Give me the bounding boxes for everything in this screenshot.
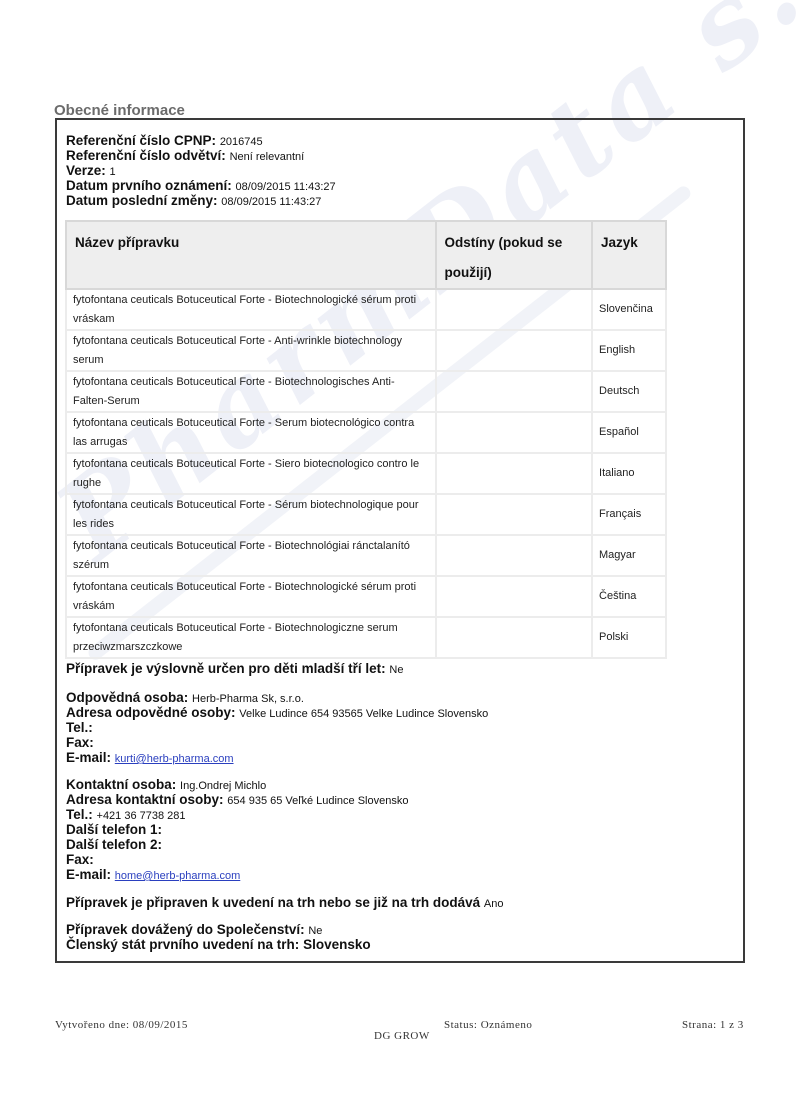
responsible-tel-label: Tel.:	[66, 720, 93, 735]
market-ready-value: Ano	[484, 898, 504, 910]
member-state-label: Členský stát prvního uvedení na trh:	[66, 937, 299, 952]
shades-cell	[436, 617, 592, 658]
product-name-cell: fytofontana ceuticals Botuceutical Forte…	[66, 576, 436, 617]
contact-address-label: Adresa kontaktní osoby:	[66, 792, 224, 807]
responsible-email-link[interactable]: kurti@herb-pharma.com	[115, 753, 234, 765]
language-cell: Magyar	[592, 535, 666, 576]
imported-value: Ne	[308, 925, 322, 937]
table-row: fytofontana ceuticals Botuceutical Forte…	[66, 494, 666, 535]
cpnp-value: 2016745	[220, 136, 263, 148]
table-row: fytofontana ceuticals Botuceutical Forte…	[66, 576, 666, 617]
language-cell: English	[592, 330, 666, 371]
contact-email-label: E-mail:	[66, 867, 111, 882]
children-label: Přípravek je výslovně určen pro děti mla…	[66, 661, 386, 676]
first-notification-value: 08/09/2015 11:43:27	[236, 181, 336, 193]
market-ready: Přípravek je připraven k uvedení na trh …	[66, 895, 503, 912]
contact-email-link[interactable]: home@herb-pharma.com	[115, 870, 241, 882]
footer-created-date: Vytvořeno dne: 08/09/2015	[55, 1019, 188, 1031]
contact-tel-label: Tel.:	[66, 807, 93, 822]
responsible-address-value: Velke Ludince 654 93565 Velke Ludince Sl…	[239, 708, 488, 720]
footer-status: Status: Oznámeno	[444, 1019, 532, 1031]
footer-organization: DG GROW	[374, 1030, 430, 1042]
table-row: fytofontana ceuticals Botuceutical Forte…	[66, 371, 666, 412]
responsible-email: E-mail: kurti@herb-pharma.com	[66, 750, 234, 767]
market-ready-label: Přípravek je připraven k uvedení na trh …	[66, 895, 480, 910]
member-state-value: Slovensko	[303, 937, 371, 952]
shades-cell	[436, 576, 592, 617]
responsible-address-label: Adresa odpovědné osoby:	[66, 705, 236, 720]
first-notification-label: Datum prvního oznámení:	[66, 178, 232, 193]
responsible-address: Adresa odpovědné osoby: Velke Ludince 65…	[66, 705, 488, 722]
member-state: Členský stát prvního uvedení na trh: Slo…	[66, 937, 371, 952]
product-name-cell: fytofontana ceuticals Botuceutical Forte…	[66, 371, 436, 412]
sector-value: Není relevantní	[230, 151, 305, 163]
contact-person-label: Kontaktní osoba:	[66, 777, 176, 792]
product-name-cell: fytofontana ceuticals Botuceutical Forte…	[66, 289, 436, 330]
children-under-three: Přípravek je výslovně určen pro děti mla…	[66, 661, 403, 678]
shades-cell	[436, 330, 592, 371]
product-names-table: Název přípravku Odstíny (pokud se použij…	[65, 220, 667, 659]
language-cell: Italiano	[592, 453, 666, 494]
header-product-name: Název přípravku	[66, 221, 436, 289]
sector-label: Referenční číslo odvětví:	[66, 148, 226, 163]
header-shades: Odstíny (pokud se použijí)	[436, 221, 592, 289]
language-cell: Deutsch	[592, 371, 666, 412]
imported-label: Přípravek dovážený do Společenství:	[66, 922, 305, 937]
last-change-label: Datum poslední změny:	[66, 193, 218, 208]
table-row: fytofontana ceuticals Botuceutical Forte…	[66, 412, 666, 453]
contact-fax-label: Fax:	[66, 852, 94, 867]
table-row: fytofontana ceuticals Botuceutical Forte…	[66, 535, 666, 576]
contact-tel-value: +421 36 7738 281	[97, 810, 186, 822]
contact-email: E-mail: home@herb-pharma.com	[66, 867, 240, 884]
product-name-cell: fytofontana ceuticals Botuceutical Forte…	[66, 535, 436, 576]
version-value: 1	[110, 166, 116, 178]
shades-cell	[436, 535, 592, 576]
shades-cell	[436, 289, 592, 330]
table-row: fytofontana ceuticals Botuceutical Forte…	[66, 289, 666, 330]
shades-cell	[436, 453, 592, 494]
product-name-cell: fytofontana ceuticals Botuceutical Forte…	[66, 412, 436, 453]
children-value: Ne	[389, 664, 403, 676]
version-label: Verze:	[66, 163, 106, 178]
language-cell: Čeština	[592, 576, 666, 617]
contact-tel-2-label: Další telefon 2:	[66, 837, 162, 852]
language-cell: Polski	[592, 617, 666, 658]
last-change-date: Datum poslední změny: 08/09/2015 11:43:2…	[66, 193, 321, 210]
contact-address-value: 654 935 65 Veľké Ludince Slovensko	[227, 795, 408, 807]
responsible-person-label: Odpovědná osoba:	[66, 690, 188, 705]
table-row: fytofontana ceuticals Botuceutical Forte…	[66, 330, 666, 371]
product-name-cell: fytofontana ceuticals Botuceutical Forte…	[66, 494, 436, 535]
language-cell: Français	[592, 494, 666, 535]
footer-page-number: Strana: 1 z 3	[682, 1019, 744, 1031]
cpnp-label: Referenční číslo CPNP:	[66, 133, 216, 148]
responsible-person-value: Herb-Pharma Sk, s.r.o.	[192, 693, 304, 705]
product-name-cell: fytofontana ceuticals Botuceutical Forte…	[66, 617, 436, 658]
shades-cell	[436, 371, 592, 412]
contact-person-value: Ing.Ondrej Michlo	[180, 780, 266, 792]
shades-cell	[436, 412, 592, 453]
table-row: fytofontana ceuticals Botuceutical Forte…	[66, 453, 666, 494]
responsible-email-label: E-mail:	[66, 750, 111, 765]
product-name-cell: fytofontana ceuticals Botuceutical Forte…	[66, 330, 436, 371]
shades-cell	[436, 494, 592, 535]
header-language: Jazyk	[592, 221, 666, 289]
section-title: Obecné informace	[54, 102, 185, 119]
table-header-row: Název přípravku Odstíny (pokud se použij…	[66, 221, 666, 289]
language-cell: Español	[592, 412, 666, 453]
responsible-fax-label: Fax:	[66, 735, 94, 750]
product-name-cell: fytofontana ceuticals Botuceutical Forte…	[66, 453, 436, 494]
language-cell: Slovenčina	[592, 289, 666, 330]
contact-tel-1-label: Další telefon 1:	[66, 822, 162, 837]
last-change-value: 08/09/2015 11:43:27	[221, 196, 321, 208]
table-row: fytofontana ceuticals Botuceutical Forte…	[66, 617, 666, 658]
